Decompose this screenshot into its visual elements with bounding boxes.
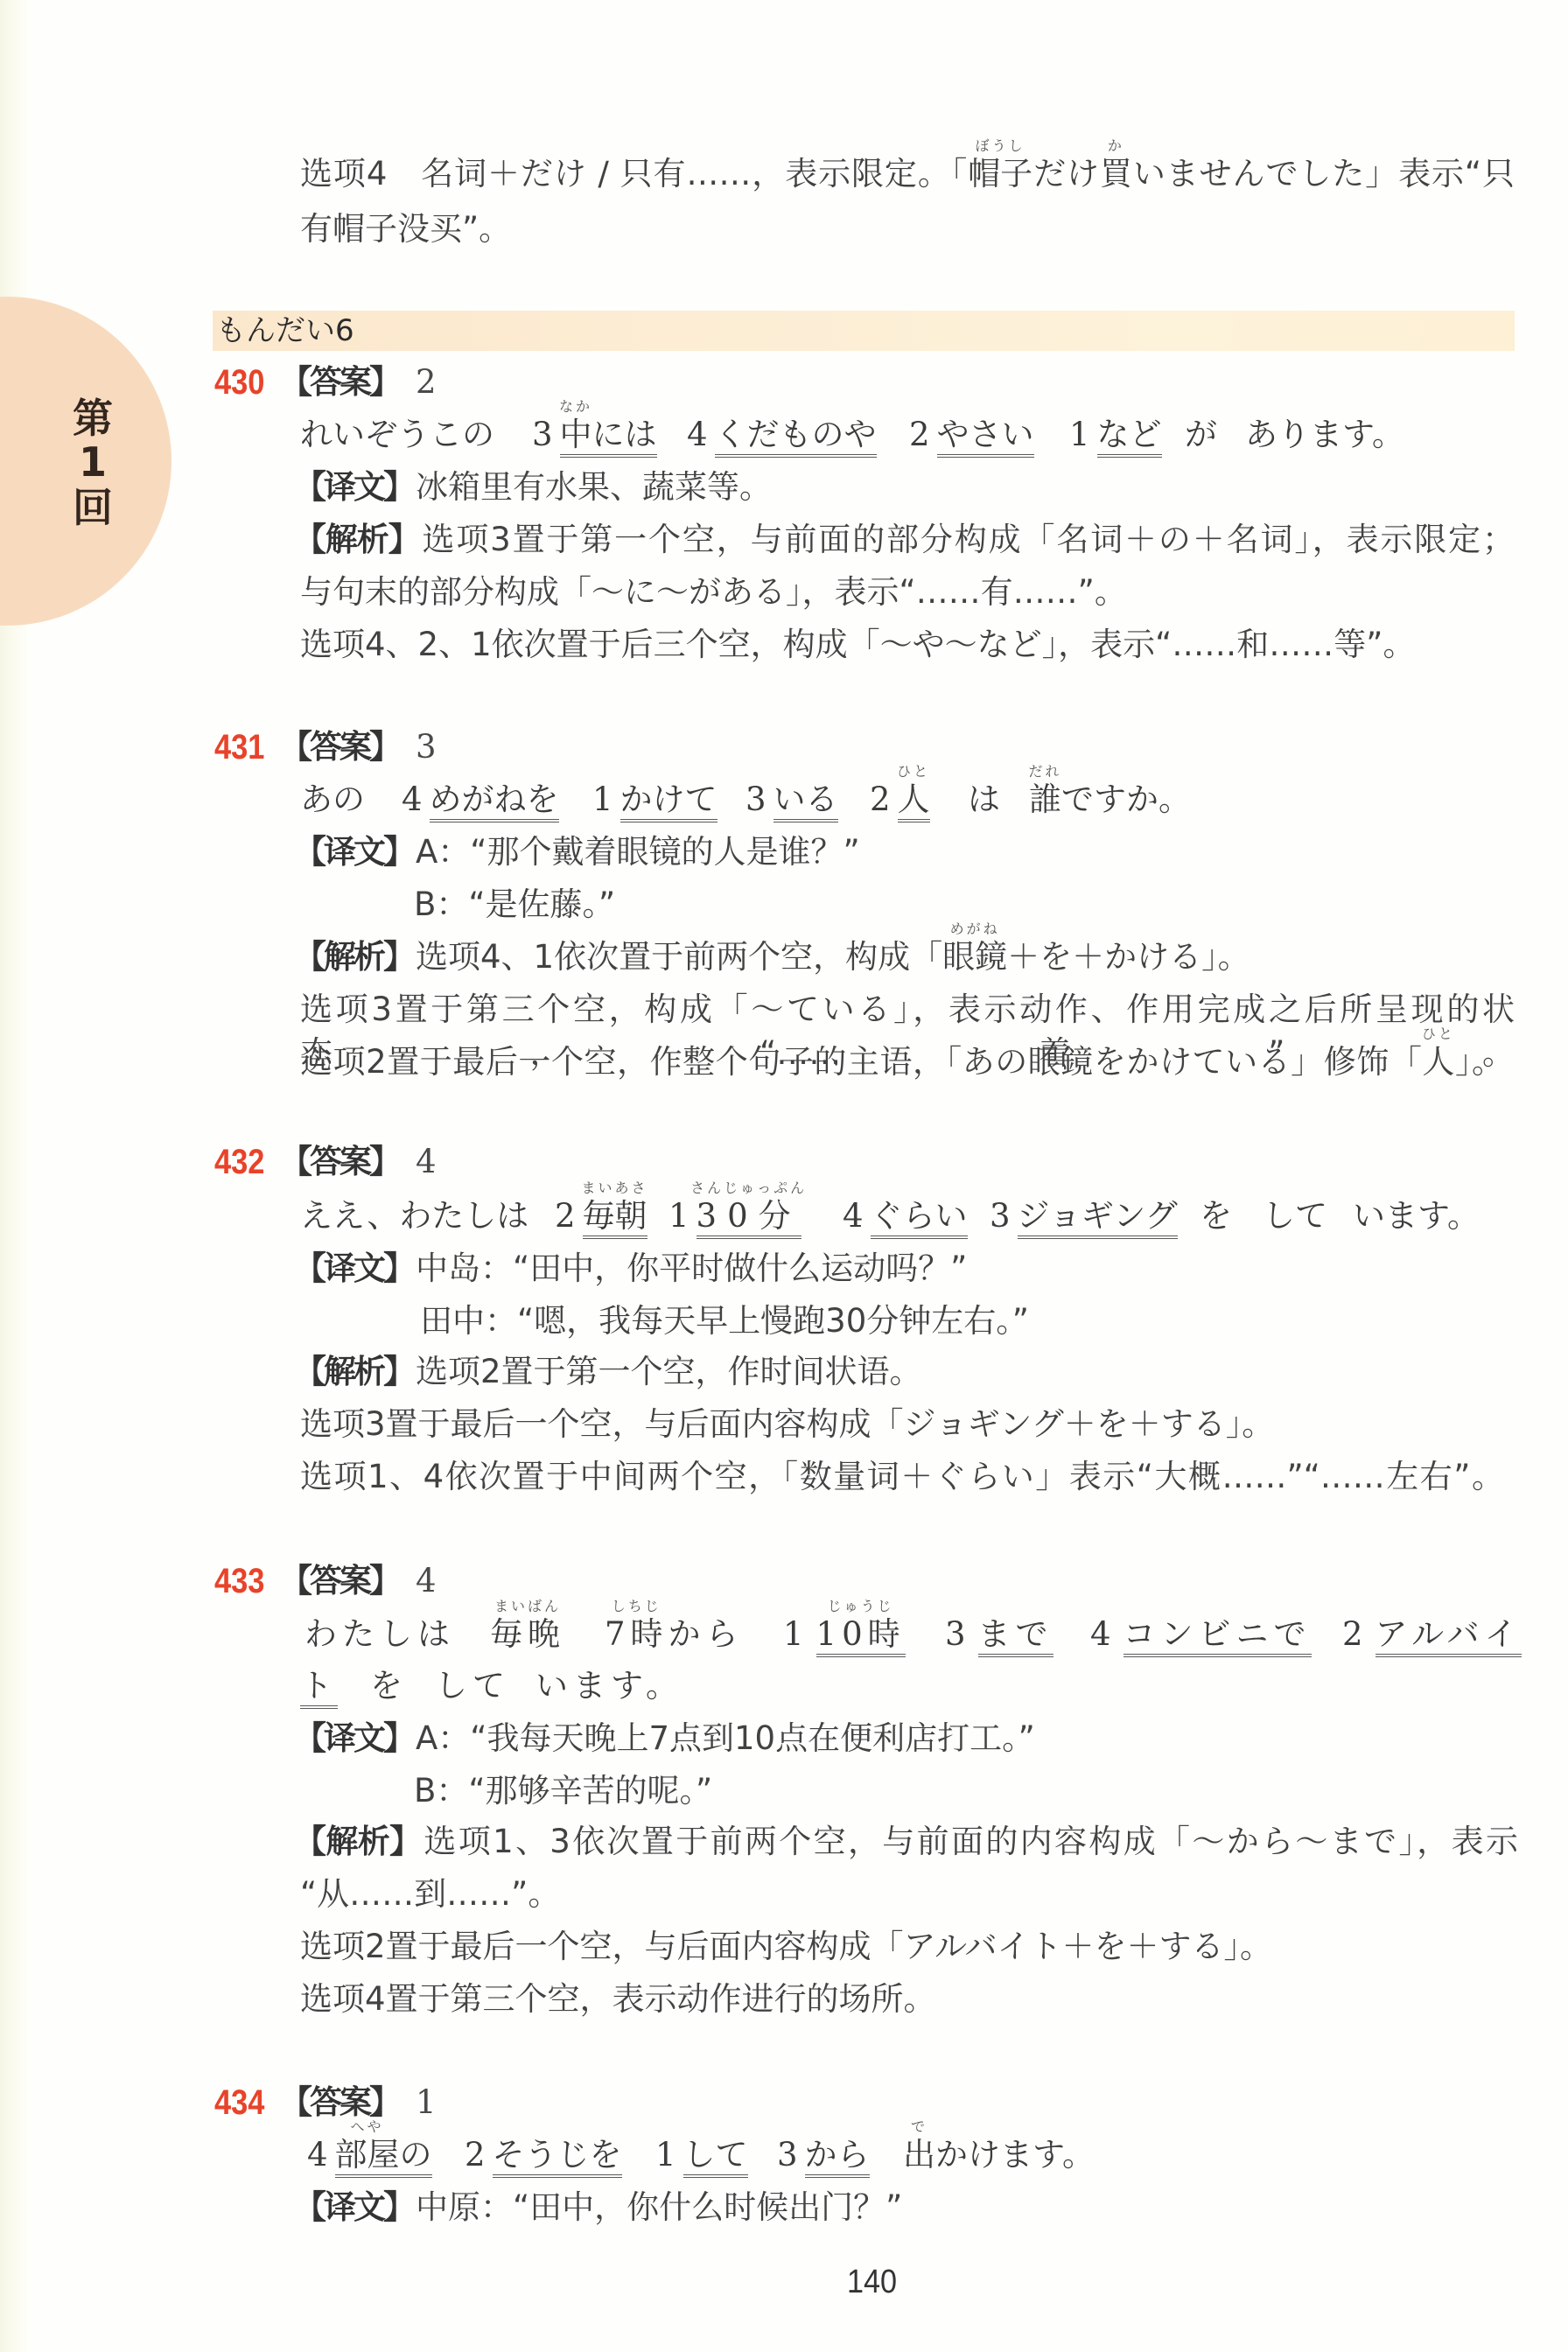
translation-text: 中原：“田中，你什么时候出门？” — [416, 2188, 902, 2226]
analysis-line: 选项3置于第三个空，构成「～ている」，表示动作、作用完成之后所呈现的状态，“……… — [300, 988, 1515, 1032]
furigana: ひと — [897, 765, 930, 779]
ruby: 人ひと — [1422, 1040, 1454, 1084]
sentence-text: を — [1200, 1194, 1232, 1238]
option-text: まで — [978, 1615, 1053, 1657]
answer-label: 【答案】 — [280, 725, 399, 769]
answer-slot: 130分さんじゅっぷん — [668, 1194, 801, 1238]
translation-label: 【译文】 — [294, 2188, 413, 2226]
option-number: 3 — [990, 1197, 1011, 1235]
question-sentence: 4部屋へやの 2そうじを 1して 3から 出でかけます。 — [0, 2133, 1568, 2177]
answer-slot: 3いる — [745, 778, 838, 822]
ruby: 毎晩まいばん — [490, 1613, 565, 1656]
sentence-text: あります。 — [1245, 413, 1404, 457]
analysis-line: 【解析】选项4、1依次置于前两个空，构成「眼鏡めがね＋を＋かける」。 — [294, 935, 1250, 979]
option-text: アルバイ — [1375, 1615, 1522, 1657]
option-number: 2 — [909, 416, 930, 453]
option-number: 4 — [402, 780, 423, 818]
ruby: 10時じゅうじ — [816, 1613, 906, 1656]
sentence-kana: かけます。 — [935, 2136, 1095, 2173]
analysis-text: 选项3置于第一个空，与前面的部分构成「名词＋の＋名词」，表示限定； — [422, 521, 1515, 558]
answer-slot: 1など — [1069, 413, 1162, 457]
translation-line: B：“那够辛苦的呢。” — [414, 1769, 712, 1813]
sentence-text: が — [1185, 413, 1217, 457]
answer-slot: 4くだものや — [687, 413, 877, 457]
furigana: で — [911, 2120, 927, 2134]
question-number: 431 — [214, 725, 264, 769]
ruby: 7時しちじ — [605, 1613, 668, 1656]
question-sentence: ええ、わたしは 2毎朝まいあさ 130分さんじゅっぷん 4ぐらい 3ジョギング … — [0, 1194, 1568, 1238]
translation-line: 【译文】A：“我每天晚上7点到10点在便利店打工。” — [294, 1717, 1035, 1760]
furigana: へや — [351, 2120, 384, 2134]
page-number: 140 — [847, 2260, 897, 2304]
option-kana: の — [400, 2136, 432, 2173]
ruby-base: 毎朝 — [583, 1197, 647, 1235]
ruby: 帽子ぼうし — [968, 152, 1032, 196]
furigana: ひと — [1422, 1027, 1455, 1041]
ruby-base: 帽子 — [968, 155, 1032, 192]
translation-line: 【译文】中岛：“田中，你平时做什么运动吗？” — [294, 1247, 967, 1291]
ruby: 部屋へや — [335, 2133, 400, 2177]
answer-slot: 2アルバイ — [1342, 1613, 1522, 1656]
option-number: 2 — [555, 1197, 576, 1235]
option-text: から — [805, 2136, 870, 2178]
answer-slot: 2人ひと — [870, 778, 930, 822]
translation-label: 【译文】 — [294, 468, 413, 506]
option-text: 10時じゅうじ — [816, 1615, 906, 1657]
answer-label: 【答案】 — [280, 1140, 399, 1184]
ruby: 人ひと — [898, 778, 930, 822]
ruby: 出で — [903, 2133, 935, 2177]
furigana: なか — [559, 400, 592, 414]
option-number: 4 — [1090, 1615, 1116, 1653]
option-number: 1 — [655, 2136, 676, 2173]
sentence-text: は — [968, 778, 1000, 822]
sentence-text: います。 — [1353, 1194, 1480, 1238]
answer-slot: 4部屋へやの — [307, 2133, 432, 2177]
answer-slot: 4ぐらい — [843, 1194, 968, 1238]
ruby-base: 30分 — [696, 1197, 801, 1235]
option-number: 2 — [465, 2136, 486, 2173]
intro-line: 有帽子没买”。 — [300, 207, 511, 251]
sentence-text: 誰だれですか。 — [1029, 778, 1191, 822]
question-number: 430 — [214, 360, 264, 404]
option-text: 人ひと — [898, 780, 930, 822]
option-text: やさい — [937, 416, 1034, 458]
translation-text: 冰箱里有水果、蔬菜等。 — [416, 468, 772, 506]
translation-line: 【译文】A：“那个戴着眼镜的人是谁？” — [294, 830, 860, 874]
option-number: 1 — [592, 780, 613, 818]
option-number: 4 — [687, 416, 708, 453]
answer-slot: 3から — [777, 2133, 870, 2177]
option-number: 1 — [668, 1197, 689, 1235]
option-number: 3 — [777, 2136, 798, 2173]
question-sentence: れいぞうこの 3中なかには 4くだものや 2やさい 1など が あります。 — [0, 413, 1568, 457]
sentence-text: 出でかけます。 — [903, 2133, 1095, 2177]
analysis-label: 【解析】 — [294, 1353, 413, 1390]
analysis-text: ＋を＋かける」。 — [1007, 938, 1250, 976]
answer-slot: 110時じゅうじ — [783, 1613, 906, 1656]
section-title: もんだい6 — [216, 311, 354, 351]
analysis-label: 【解析】 — [294, 938, 413, 976]
answer-value: 4 — [416, 1140, 437, 1184]
option-text: そうじを — [493, 2136, 622, 2178]
sentence-kana: ですか。 — [1061, 780, 1191, 818]
translation-line: B：“是佐藤。” — [414, 883, 615, 927]
furigana: めがね — [950, 922, 1000, 936]
answer-slot: 3まで — [945, 1613, 1053, 1656]
ruby: 毎朝まいあさ — [583, 1194, 647, 1238]
option-text: 中なかには — [560, 416, 657, 458]
translation-line: 【译文】冰箱里有水果、蔬菜等。 — [294, 465, 772, 509]
ruby: 眼鏡めがね — [942, 935, 1007, 979]
sentence-text: います。 — [535, 1664, 683, 1708]
question-number: 434 — [214, 2081, 264, 2124]
option-number: 4 — [843, 1197, 864, 1235]
intro-text: 选项4 名词＋だけ / 只有……，表示限定。「 — [300, 155, 968, 192]
answer-value: 1 — [416, 2081, 437, 2124]
option-number: 3 — [945, 1615, 971, 1653]
analysis-line: 与句末的部分构成「～に～がある」，表示“……有……”。 — [300, 570, 1127, 614]
answer-label: 【答案】 — [280, 1559, 399, 1603]
ruby-base: 誰 — [1029, 780, 1061, 818]
answer-label: 【答案】 — [280, 360, 399, 404]
analysis-line: 选项2置于最后一个空，作整个句子的主语，「あの眼鏡をかけている」修饰「人ひと」。 — [300, 1040, 1504, 1084]
answer-value: 3 — [416, 725, 437, 769]
option-text: ジョギング — [1018, 1197, 1178, 1239]
option-text: コンビニで — [1123, 1615, 1312, 1657]
question-sentence: あの 4めがねを 1かけて 3いる 2人ひと は 誰だれですか。 — [0, 778, 1568, 822]
furigana: だれ — [1028, 765, 1061, 779]
option-text: 毎朝まいあさ — [583, 1197, 647, 1239]
analysis-line: “从……到……”。 — [300, 1872, 560, 1916]
ruby: 買か — [1100, 152, 1132, 196]
translation-label: 【译文】 — [294, 1719, 413, 1757]
ruby-base: 眼鏡 — [942, 938, 1007, 976]
intro-line: 选项4 名词＋だけ / 只有……，表示限定。「帽子ぼうしだけ買かいませんでした」… — [300, 152, 1515, 196]
translation-line: 【译文】中原：“田中，你什么时候出门？” — [294, 2186, 902, 2229]
option-text: 部屋へやの — [335, 2136, 432, 2178]
sentence-text: して — [1263, 1194, 1327, 1238]
answer-slot: 1して — [655, 2133, 748, 2177]
sentence-text: あの — [300, 778, 365, 822]
furigana: さんじゅっぷん — [690, 1181, 807, 1195]
question-header: 430 【答案】 2 — [0, 360, 700, 404]
question-sentence-continued: ト を して います。 — [0, 1664, 1568, 1708]
furigana: まいあさ — [582, 1181, 648, 1195]
analysis-text: 」。 — [1454, 1043, 1504, 1081]
translation-label: 【译文】 — [294, 1249, 413, 1287]
option-number: 2 — [1342, 1615, 1368, 1653]
translation-text: A：“那个戴着眼镜的人是谁？” — [416, 833, 860, 871]
answer-slot: 3中なかには — [532, 413, 657, 457]
analysis-line: 【解析】选项2置于第一个空，作时间状语。 — [294, 1350, 922, 1394]
answer-slot: 4めがねを — [402, 778, 559, 822]
analysis-text: 选项4、1依次置于前两个空，构成「 — [416, 938, 942, 976]
question-sentence: わたしは 毎晩まいばん 7時しちじから 110時じゅうじ 3まで 4コンビニで … — [0, 1613, 1568, 1656]
answer-slot: 4コンビニで — [1090, 1613, 1312, 1656]
question-header: 433 【答案】 4 — [0, 1559, 700, 1603]
option-text: 30分さんじゅっぷん — [696, 1197, 801, 1239]
ruby-base: 中 — [560, 416, 592, 453]
analysis-label: 【解析】 — [294, 1823, 421, 1860]
option-text: ぐらい — [871, 1197, 968, 1239]
answer-value: 2 — [416, 360, 437, 404]
question-number: 433 — [214, 1559, 264, 1603]
ruby: 30分さんじゅっぷん — [696, 1194, 801, 1238]
option-text: いる — [773, 780, 838, 822]
furigana: ぼうし — [976, 139, 1025, 153]
ruby-base: 毎晩 — [490, 1615, 565, 1653]
sentence-text: して — [435, 1664, 510, 1708]
sentence-text: れいぞうこの — [300, 413, 494, 457]
furigana: じゅうじ — [828, 1599, 894, 1613]
ruby: 誰だれ — [1029, 778, 1061, 822]
analysis-line: 选项2置于最后一个空，与后面内容构成「アルバイト＋を＋する」。 — [300, 1925, 1272, 1969]
analysis-line: 选项1、4依次置于中间两个空，「数量词＋ぐらい」表示“大概……”“……左右”。 — [300, 1455, 1504, 1499]
analysis-text: 选项2置于最后一个空，作整个句子的主语，「あの眼鏡をかけている」修饰「 — [300, 1043, 1422, 1081]
answer-slot: 2そうじを — [465, 2133, 622, 2177]
option-number: 1 — [1069, 416, 1090, 453]
analysis-label: 【解析】 — [294, 521, 419, 558]
option-number: 3 — [532, 416, 553, 453]
option-text: ト — [300, 1667, 338, 1709]
option-number: 1 — [783, 1615, 809, 1653]
sentence-kana: から — [668, 1615, 744, 1653]
furigana: まいばん — [494, 1599, 561, 1613]
option-text: など — [1097, 416, 1162, 458]
translation-text: A：“我每天晚上7点到10点在便利店打工。” — [416, 1719, 1035, 1757]
furigana: か — [1108, 139, 1124, 153]
answer-slot: ト — [300, 1664, 338, 1708]
option-number: 2 — [870, 780, 891, 818]
chapter-tab-char: 回 — [68, 484, 117, 531]
question-number: 432 — [214, 1140, 264, 1184]
analysis-line: 【解析】选项3置于第一个空，与前面的部分构成「名词＋の＋名词」，表示限定； — [294, 518, 1515, 562]
answer-slot: 2やさい — [909, 413, 1034, 457]
translation-text: 中岛：“田中，你平时做什么运动吗？” — [416, 1249, 967, 1287]
analysis-line: 选项4、2、1依次置于后三个空，构成「～や～など」，表示“……和……等”。 — [300, 623, 1415, 667]
answer-slot: 1かけて — [592, 778, 717, 822]
analysis-line: 选项4置于第三个空，表示动作进行的场所。 — [300, 1977, 936, 2021]
sentence-text: 毎晩まいばん — [490, 1613, 565, 1656]
sentence-text: わたしは — [304, 1613, 455, 1656]
sentence-text: ええ、わたしは — [300, 1194, 528, 1238]
intro-text: だけ — [1032, 155, 1100, 192]
ruby-base: 部屋 — [335, 2136, 400, 2173]
question-header: 432 【答案】 4 — [0, 1140, 700, 1184]
analysis-line: 【解析】选项1、3依次置于前两个空，与前面的内容构成「～から～まで」，表示 — [294, 1820, 1518, 1864]
option-number: 4 — [307, 2136, 328, 2173]
analysis-text: 选项1、3依次置于前两个空，与前面的内容构成「～から～まで」，表示 — [423, 1823, 1518, 1860]
option-kana: には — [592, 416, 657, 453]
translation-label: 【译文】 — [294, 833, 413, 871]
intro-text: いませんでした」表示“只 — [1132, 155, 1515, 192]
ruby-base: 出 — [903, 2136, 935, 2173]
book-page: 第 1 回 选项4 名词＋だけ / 只有……，表示限定。「帽子ぼうしだけ買かいま… — [0, 0, 1568, 2352]
furigana: しちじ — [612, 1599, 661, 1613]
option-text: くだものや — [715, 416, 877, 458]
analysis-text: 选项2置于第一个空，作时间状语。 — [416, 1353, 922, 1390]
ruby-base: 7時 — [605, 1615, 668, 1653]
section-header-band — [213, 311, 1515, 351]
option-text: かけて — [620, 780, 717, 822]
ruby-base: 人 — [898, 780, 930, 818]
ruby-base: 買 — [1100, 155, 1132, 192]
option-text: して — [683, 2136, 748, 2178]
translation-line: 田中：“嗯，我每天早上慢跑30分钟左右。” — [420, 1299, 1029, 1343]
analysis-line: 选项3置于最后一个空，与后面内容构成「ジョギング＋を＋する」。 — [300, 1403, 1274, 1446]
ruby-base: 人 — [1422, 1043, 1454, 1081]
answer-slot: 2毎朝まいあさ — [555, 1194, 647, 1238]
sentence-text: 7時しちじから — [605, 1613, 744, 1656]
answer-value: 4 — [416, 1559, 437, 1603]
question-header: 431 【答案】 3 — [0, 725, 700, 769]
ruby: 中なか — [560, 413, 592, 457]
option-text: めがねを — [430, 780, 559, 822]
answer-slot: 3ジョギング — [990, 1194, 1178, 1238]
option-number: 3 — [745, 780, 766, 818]
sentence-text: を — [370, 1664, 408, 1708]
ruby-base: 10時 — [816, 1615, 906, 1653]
